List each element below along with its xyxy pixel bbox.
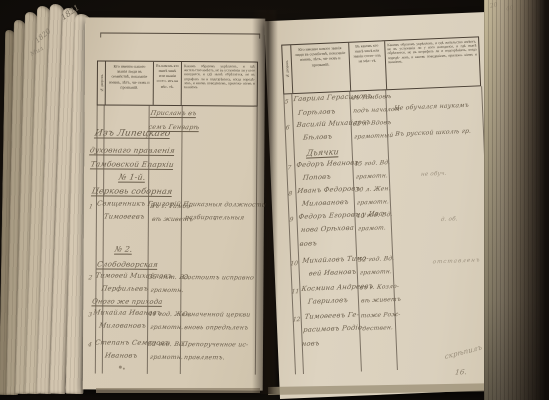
- houseno-label: № дворовъ: [99, 74, 103, 91]
- fore-edge-right: 20 40: [484, 0, 549, 400]
- under-page-edge: [96, 388, 260, 393]
- pencil-mark: 40: [505, 4, 514, 12]
- page-number: 16.: [455, 369, 468, 377]
- entry-number: 1: [88, 203, 93, 210]
- column-names-header: Кто именно какого званія люди въ семейст…: [105, 62, 153, 105]
- table-line: [180, 106, 183, 374]
- entry-name-line: Поповъ: [302, 174, 331, 182]
- table-line: [255, 107, 258, 375]
- entry-rank-line: 62 л. Вдовъ: [352, 120, 391, 128]
- entry-rank-line: грамотн.: [357, 199, 390, 206]
- form-header-right: № дворовъ Кто именно какого званія люди …: [281, 36, 481, 94]
- handwritten-note: Присланъ въ: [150, 110, 197, 117]
- entry-name-line: Бѣловъ: [303, 134, 333, 142]
- handwritten-subheading: Оного же прихода: [85, 298, 170, 305]
- column-rank-header: Въ какомъ кто нынѣ чинѣ или званіи состо…: [153, 62, 181, 105]
- handwritten-heading: Тамбовской Епархіи: [88, 160, 177, 168]
- handwritten-heading: духовнаго правленія: [88, 146, 177, 154]
- entry-rank-line: 52 год. Вд.: [358, 256, 395, 264]
- book-spread-photo: 1821 1820 Мил № дворовъ Кто именно каког…: [0, 0, 549, 400]
- entry-number: 6: [285, 124, 290, 131]
- entry-name-line: Перфильевъ: [101, 285, 149, 292]
- entry-number: 7: [287, 164, 292, 171]
- right-page: № дворовъ Кто именно какого званія люди …: [264, 12, 502, 399]
- handwritten-subheading: Слободворская: [87, 260, 168, 268]
- entry-rank-line: 40 год. Вд.: [356, 212, 393, 220]
- form-header-left: № дворовъ Кто именно какого званія люди …: [97, 60, 258, 106]
- column-rank-header: Въ какомъ кто нынѣ чинѣ или званіи состо…: [348, 41, 386, 90]
- entry-rank-line: грамот.: [358, 225, 387, 232]
- handwritten-heading: № 1-й.: [88, 173, 177, 182]
- entry-number: 9: [289, 216, 294, 223]
- handwritten-heading: Дьячки: [293, 148, 352, 158]
- entry-number: 8: [288, 190, 293, 197]
- table-line: [283, 95, 296, 375]
- entry-number: 10: [290, 260, 298, 267]
- entry-name-line: Тимоѳеевъ: [103, 214, 145, 221]
- entry-name-line: новъ: [301, 340, 320, 348]
- fore-edge-shading: [484, 0, 549, 400]
- entry-rank-line: грамотн.: [150, 288, 184, 294]
- entry-name-line: Тимоѳеевъ Ге-: [304, 312, 359, 321]
- entry-name-line: нова Орѣхова: [301, 225, 355, 234]
- paper-speck: [123, 368, 125, 370]
- handwritten-heading: Изъ Липецкаго: [88, 129, 177, 139]
- entry-notes-line: Состоитъ исправно: [182, 275, 254, 282]
- paper-speck: [119, 366, 122, 369]
- paper-speck: [214, 218, 216, 220]
- entry-rank-line: грамотн.: [149, 355, 183, 361]
- entry-rank-line: 45 год. Вд.: [354, 160, 391, 168]
- clerk-signature: скрѣпилъ: [445, 344, 483, 361]
- column-names-header: Кто именно какого званія люди въ семейст…: [290, 43, 350, 93]
- entry-name-line: Миловановъ: [99, 322, 147, 329]
- entry-notes-line: вновь опредѣленъ: [184, 325, 249, 332]
- entry-notes-line: не обуч.: [420, 172, 446, 179]
- entry-number: 11: [291, 288, 299, 295]
- entry-number: 12: [292, 316, 300, 323]
- entry-name-line: Федоръ Ивановъ: [296, 159, 360, 168]
- handwritten-subheading: № 2.: [93, 245, 154, 253]
- entry-name-line: вовъ: [299, 240, 317, 248]
- entry-name-line: Горѣловъ: [298, 108, 336, 116]
- entry-name-line: Гавриловъ: [308, 297, 349, 306]
- entry-number: 5: [284, 98, 289, 105]
- table-top-frame: [100, 32, 260, 38]
- column-notes-header: Какимъ образомъ укрѣпленъ, и гдѣ жительс…: [384, 37, 480, 89]
- entry-notes-line: Препорученное ис-: [182, 342, 249, 349]
- entry-name-line: Иванъ Федоровъ: [297, 185, 361, 194]
- entry-notes-line: правляетъ.: [183, 355, 225, 361]
- entry-name-line: Ивановъ: [104, 353, 138, 360]
- entry-number: 4: [87, 341, 92, 348]
- entry-notes-line: Не обучался наукамъ: [394, 103, 470, 112]
- entry-name-line: расимовъ Родіо-: [303, 324, 365, 333]
- entry-rank-line: дествен.: [362, 325, 394, 332]
- entry-name-line: ѳей Ивановъ: [308, 269, 356, 278]
- entry-name-line: Миловановъ: [301, 199, 349, 208]
- entry-notes-line: д. об.: [440, 217, 458, 223]
- houseno-label: № дворовъ: [285, 61, 290, 78]
- entry-rank-line: грамотн.: [359, 269, 392, 276]
- entry-rank-line: 30 л. Жен.: [355, 186, 391, 194]
- column-notes-header: Какимъ образомъ укрѣпленъ, и гдѣ жительс…: [181, 62, 257, 106]
- entry-notes-line: Въ русской школѣ гр.: [395, 129, 472, 138]
- entry-number: 2: [88, 274, 93, 281]
- handwritten-heading: Церковь соборная: [87, 187, 176, 196]
- entry-rank-line: грамотн.: [150, 325, 184, 331]
- entry-notes-line: Означенной церкви: [182, 312, 251, 319]
- entry-notes-line: Приказныя должности: [182, 202, 266, 209]
- entry-rank-line: грамотн.: [355, 173, 388, 180]
- entry-rank-line: 52 год. Вд.: [148, 342, 186, 348]
- left-page: № дворовъ Кто именно какого званія люди …: [83, 17, 266, 390]
- entry-notes-line: отставленъ: [432, 258, 481, 266]
